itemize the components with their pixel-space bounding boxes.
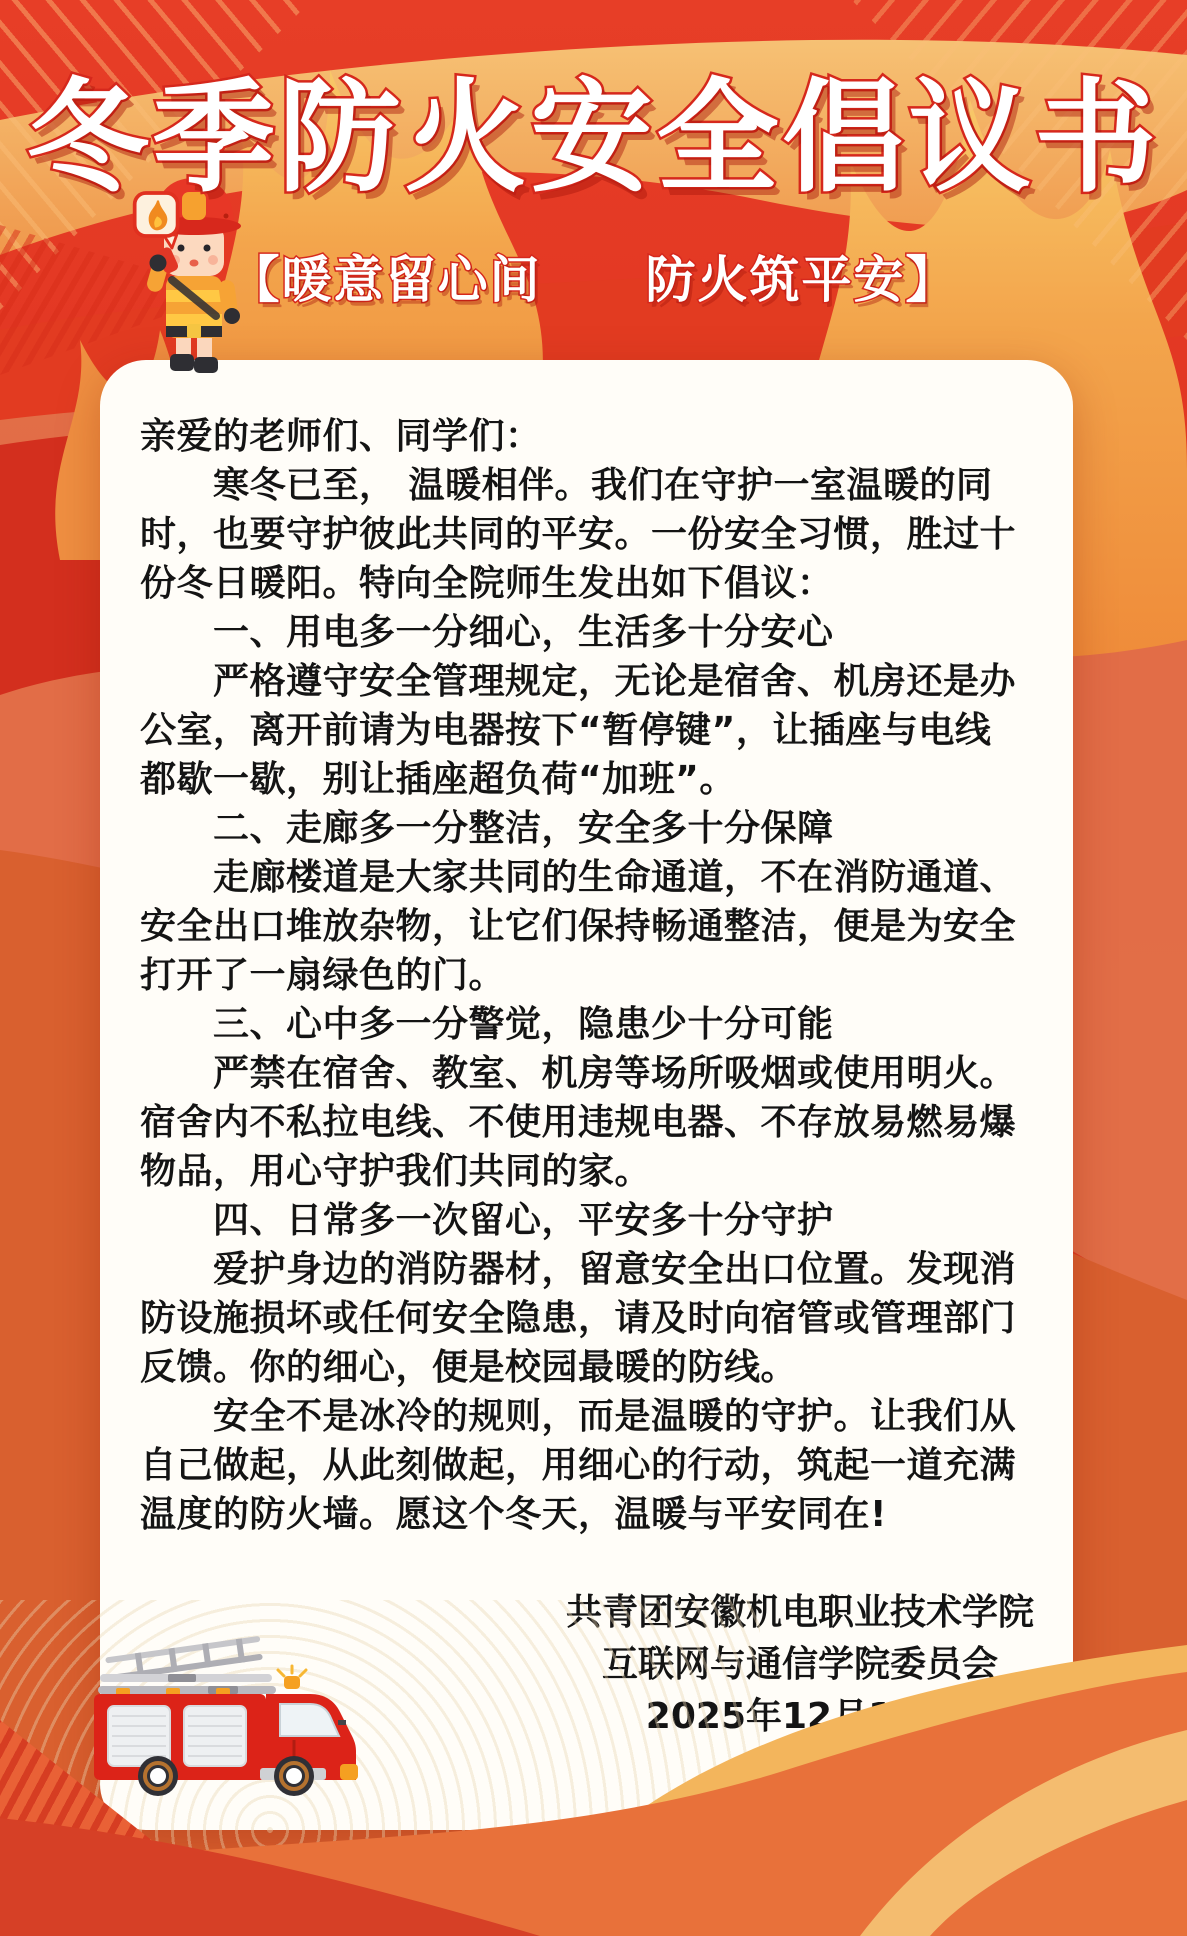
body-line: 安全不是冰冷的规则，而是温暖的守护。让我们从 — [140, 1392, 1037, 1441]
body-line: 寒冬已至， 温暖相伴。我们在守护一室温暖的同 — [140, 461, 1037, 510]
truck-body — [94, 1688, 266, 1780]
body-line: 时，也要守护彼此共同的平安。一份安全习惯，胜过十 — [140, 510, 1037, 559]
body-line: 公室，离开前请为电器按下“暂停键”，让插座与电线 — [140, 706, 1037, 755]
truck-ladder — [98, 1636, 276, 1694]
body-line: 自己做起，从此刻做起，用细心的行动，筑起一道充满 — [140, 1441, 1037, 1490]
section-3-heading: 三、心中多一分警觉，隐患少十分可能 — [140, 1000, 1037, 1049]
body-line: 打开了一扇绿色的门。 — [140, 951, 1037, 1000]
fire-truck-icon — [88, 1628, 368, 1798]
body-line: 宿舍内不私拉电线、不使用违规电器、不存放易燃易爆 — [140, 1098, 1037, 1147]
mascot-legs — [170, 334, 218, 373]
greeting-line: 亲爱的老师们、同学们： — [140, 412, 1037, 461]
body-line: 物品，用心守护我们共同的家。 — [140, 1147, 1037, 1196]
body-line: 严格遵守安全管理规定，无论是宿舍、机房还是办 — [140, 657, 1037, 706]
body-line: 都歇一歇，别让插座超负荷“加班”。 — [140, 755, 1037, 804]
section-1-heading: 一、用电多一分细心，生活多十分安心 — [140, 608, 1037, 657]
body-line: 安全出口堆放杂物，让它们保持畅通整洁，便是为安全 — [140, 902, 1037, 951]
body-line: 爱护身边的消防器材，留意安全出口位置。发现消 — [140, 1245, 1037, 1294]
flame-badge-icon — [130, 188, 186, 254]
closing-line: 温度的防火墙。愿这个冬天，温暖与平安同在! — [140, 1490, 1037, 1539]
body-line: 严禁在宿舍、教室、机房等场所吸烟或使用明火。 — [140, 1049, 1037, 1098]
body-line: 份冬日暖阳。特向全院师生发出如下倡议： — [140, 559, 1037, 608]
section-2-heading: 二、走廊多一分整洁，安全多十分保障 — [140, 804, 1037, 853]
body-line: 走廊楼道是大家共同的生命通道，不在消防通道、 — [140, 853, 1037, 902]
body-line: 反馈。你的细心，便是校园最暖的防线。 — [140, 1343, 1037, 1392]
body-line: 防设施损坏或任何安全隐患，请及时向宿管或管理部门 — [140, 1294, 1037, 1343]
section-4-heading: 四、日常多一次留心，平安多十分守护 — [140, 1196, 1037, 1245]
fire-safety-poster: 亲爱的老师们、同学们： 寒冬已至， 温暖相伴。我们在守护一室温暖的同 时，也要守… — [0, 0, 1187, 1936]
